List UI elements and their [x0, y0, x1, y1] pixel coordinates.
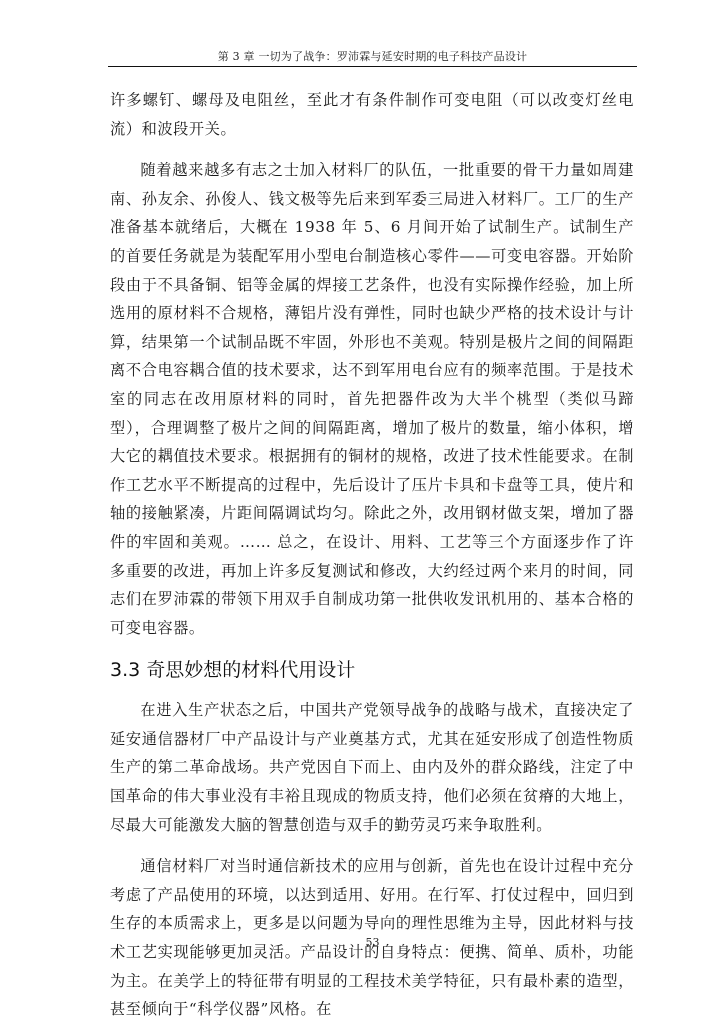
header-rule — [108, 66, 637, 67]
running-header: 第 3 章 一切为了战争：罗沛霖与延安时期的电子科技产品设计 — [108, 48, 637, 64]
paragraph-continuation: 许多螺钉、螺母及电阻丝，至此才有条件制作可变电阻（可以改变灯丝电流）和波段开关。 — [110, 86, 634, 143]
body-text: 许多螺钉、螺母及电阻丝，至此才有条件制作可变电阻（可以改变灯丝电流）和波段开关。… — [110, 86, 634, 1023]
paragraph-production-strategy: 在进入生产状态之后，中国共产党领导战争的战略与战术，直接决定了延安通信器材厂中产… — [110, 696, 634, 839]
paragraph-variable-capacitor: 随着越来越多有志之士加入材料厂的队伍，一批重要的骨干力量如周建南、孙友余、孙俊人… — [110, 156, 634, 642]
page-number: 53 — [108, 936, 637, 949]
section-heading: 3.3 奇思妙想的材料代用设计 — [110, 656, 634, 684]
